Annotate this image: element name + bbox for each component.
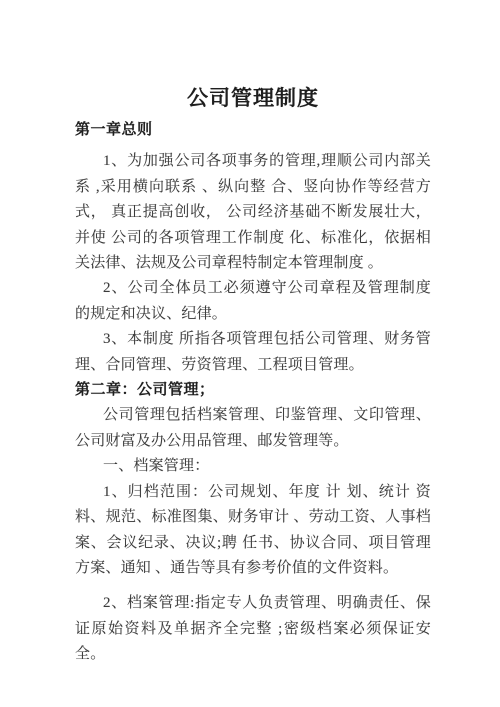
paragraph-1: 1、为加强公司各项事务的管理,理顺公司内部关系 ,采用横向联系 、纵向整 合、竖… [75,149,431,276]
document-body: 公司管理制度 第一章总则 1、为加强公司各项事务的管理,理顺公司内部关系 ,采用… [75,84,431,668]
document-title: 公司管理制度 [75,84,431,112]
paragraph-7: 2、档案管理:指定专人负责管理、明确责任、保证原始资料及单据齐全完整 ;密级档案… [75,591,431,667]
chapter-2-heading: 第二章：公司管理； [75,378,431,403]
paragraph-2: 2、公司全体员工必须遵守公司章程及管理制度 的规定和决议、纪律。 [75,276,431,327]
document-page: 公司管理制度 第一章总则 1、为加强公司各项事务的管理,理顺公司内部关系 ,采用… [0,0,500,707]
chapter-1-heading: 第一章总则 [75,118,431,143]
paragraph-6: 1、归档范围：公司规划、年度 计 划、统计 资料、规范、标准图集、财务审计 、劳… [75,480,431,582]
paragraph-5: 一、档案管理： [75,454,431,479]
paragraph-4: 公司管理包括档案管理、印鉴管理、文印管理、公司财富及办公用品管理、邮发管理等。 [75,403,431,454]
paragraph-3: 3、本制度 所指各项管理包括公司管理、财务管理、合同管理、劳资管理、工程项目管理… [75,327,431,378]
